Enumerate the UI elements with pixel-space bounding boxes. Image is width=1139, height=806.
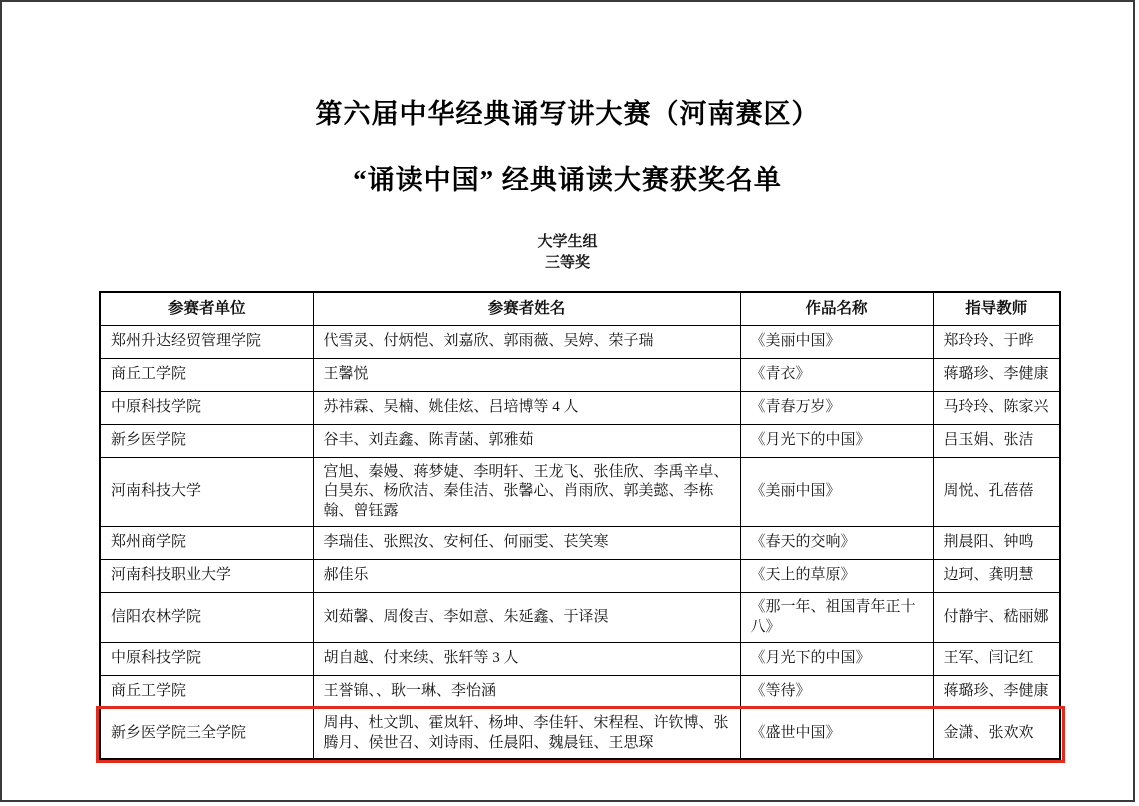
cell-unit: 河南科技大学 [100, 457, 313, 527]
table-body: 郑州升达经贸管理学院代雪灵、付炳恺、刘嘉欣、郭雨薇、吴婷、荣子瑞《美丽中国》郑玲… [100, 325, 1060, 759]
cell-work: 《那一年、祖国青年正十 八》 [740, 593, 933, 643]
awards-table-container: 参赛者单位参赛者姓名作品名称指导教师 郑州升达经贸管理学院代雪灵、付炳恺、刘嘉欣… [99, 291, 1059, 760]
cell-work: 《美丽中国》 [740, 457, 933, 527]
document-page: 第六届中华经典诵写讲大赛（河南赛区） “诵读中国” 经典诵读大赛获奖名单 大学生… [0, 0, 1135, 802]
table-row: 商丘工学院王誉锦、、耿一琳、李怡涵《等待》蒋璐珍、李健康 [100, 676, 1060, 709]
cell-teachers: 金潇、张欢欢 [933, 709, 1060, 760]
cell-names: 李瑞佳、张熙汝、安柯任、何丽雯、苌笑寒 [313, 527, 740, 560]
cell-names: 谷丰、刘垚鑫、陈青菡、郭雅茹 [313, 424, 740, 457]
cell-names: 宫旭、秦嫚、蒋梦婕、李明轩、王龙飞、张佳欣、李禹辛卓、白昊东、杨欣洁、秦佳洁、张… [313, 457, 740, 527]
cell-names: 胡自越、付来续、张轩等 3 人 [313, 643, 740, 676]
table-row: 新乡医学院谷丰、刘垚鑫、陈青菡、郭雅茹《月光下的中国》吕玉娟、张洁 [100, 424, 1060, 457]
cell-names: 代雪灵、付炳恺、刘嘉欣、郭雨薇、吴婷、荣子瑞 [313, 325, 740, 358]
column-header: 指导教师 [933, 292, 1060, 325]
award-label: 三等奖 [2, 251, 1133, 272]
cell-unit: 新乡医学院 [100, 424, 313, 457]
column-header: 作品名称 [740, 292, 933, 325]
table-row: 信阳农林学院刘茹馨、周俊吉、李如意、朱延鑫、于译淏《那一年、祖国青年正十 八》付… [100, 593, 1060, 643]
cell-names: 郝佳乐 [313, 560, 740, 593]
table-row: 中原科技学院胡自越、付来续、张轩等 3 人《月光下的中国》王军、闫记红 [100, 643, 1060, 676]
cell-teachers: 吕玉娟、张洁 [933, 424, 1060, 457]
cell-teachers: 蒋璐珍、李健康 [933, 676, 1060, 709]
cell-unit: 中原科技学院 [100, 391, 313, 424]
table-row: 河南科技大学宫旭、秦嫚、蒋梦婕、李明轩、王龙飞、张佳欣、李禹辛卓、白昊东、杨欣洁… [100, 457, 1060, 527]
cell-unit: 郑州商学院 [100, 527, 313, 560]
cell-work: 《天上的草原》 [740, 560, 933, 593]
cell-work: 《月光下的中国》 [740, 424, 933, 457]
cell-names: 王馨悦 [313, 358, 740, 391]
table-header-row: 参赛者单位参赛者姓名作品名称指导教师 [100, 292, 1060, 325]
cell-work: 《青衣》 [740, 358, 933, 391]
cell-work: 《青春万岁》 [740, 391, 933, 424]
table-row: 河南科技职业大学郝佳乐《天上的草原》边珂、龚明慧 [100, 560, 1060, 593]
cell-names: 周冉、杜文凯、霍岚轩、杨坤、李佳轩、宋程程、许钦博、张腾月、侯世召、刘诗雨、任晨… [313, 709, 740, 760]
document-title-line1: 第六届中华经典诵写讲大赛（河南赛区） [2, 92, 1133, 131]
group-label: 大学生组 [2, 230, 1133, 251]
cell-teachers: 蒋璐珍、李健康 [933, 358, 1060, 391]
cell-teachers: 付静宇、嵇丽娜 [933, 593, 1060, 643]
cell-teachers: 郑玲玲、于晔 [933, 325, 1060, 358]
document-title-line2: “诵读中国” 经典诵读大赛获奖名单 [2, 158, 1133, 197]
cell-teachers: 边珂、龚明慧 [933, 560, 1060, 593]
cell-unit: 河南科技职业大学 [100, 560, 313, 593]
cell-unit: 商丘工学院 [100, 358, 313, 391]
cell-work: 《等待》 [740, 676, 933, 709]
cell-work: 《美丽中国》 [740, 325, 933, 358]
table-row: 郑州升达经贸管理学院代雪灵、付炳恺、刘嘉欣、郭雨薇、吴婷、荣子瑞《美丽中国》郑玲… [100, 325, 1060, 358]
table-row: 中原科技学院苏祎霖、吴楠、姚佳炫、吕培博等 4 人《青春万岁》马玲玲、陈家兴 [100, 391, 1060, 424]
cell-teachers: 周悦、孔蓓蓓 [933, 457, 1060, 527]
cell-teachers: 王军、闫记红 [933, 643, 1060, 676]
table-row: 郑州商学院李瑞佳、张熙汝、安柯任、何丽雯、苌笑寒《春天的交响》荆晨阳、钟鸣 [100, 527, 1060, 560]
cell-unit: 郑州升达经贸管理学院 [100, 325, 313, 358]
table-row: 商丘工学院王馨悦《青衣》蒋璐珍、李健康 [100, 358, 1060, 391]
cell-teachers: 马玲玲、陈家兴 [933, 391, 1060, 424]
cell-work: 《盛世中国》 [740, 709, 933, 760]
cell-work: 《春天的交响》 [740, 527, 933, 560]
cell-names: 王誉锦、、耿一琳、李怡涵 [313, 676, 740, 709]
column-header: 参赛者单位 [100, 292, 313, 325]
cell-work: 《月光下的中国》 [740, 643, 933, 676]
awards-table: 参赛者单位参赛者姓名作品名称指导教师 郑州升达经贸管理学院代雪灵、付炳恺、刘嘉欣… [99, 291, 1061, 760]
cell-unit: 中原科技学院 [100, 643, 313, 676]
cell-unit: 信阳农林学院 [100, 593, 313, 643]
cell-unit: 新乡医学院三全学院 [100, 709, 313, 760]
cell-names: 刘茹馨、周俊吉、李如意、朱延鑫、于译淏 [313, 593, 740, 643]
cell-teachers: 荆晨阳、钟鸣 [933, 527, 1060, 560]
cell-unit: 商丘工学院 [100, 676, 313, 709]
column-header: 参赛者姓名 [313, 292, 740, 325]
cell-names: 苏祎霖、吴楠、姚佳炫、吕培博等 4 人 [313, 391, 740, 424]
highlighted-row: 新乡医学院三全学院周冉、杜文凯、霍岚轩、杨坤、李佳轩、宋程程、许钦博、张腾月、侯… [100, 709, 1060, 760]
